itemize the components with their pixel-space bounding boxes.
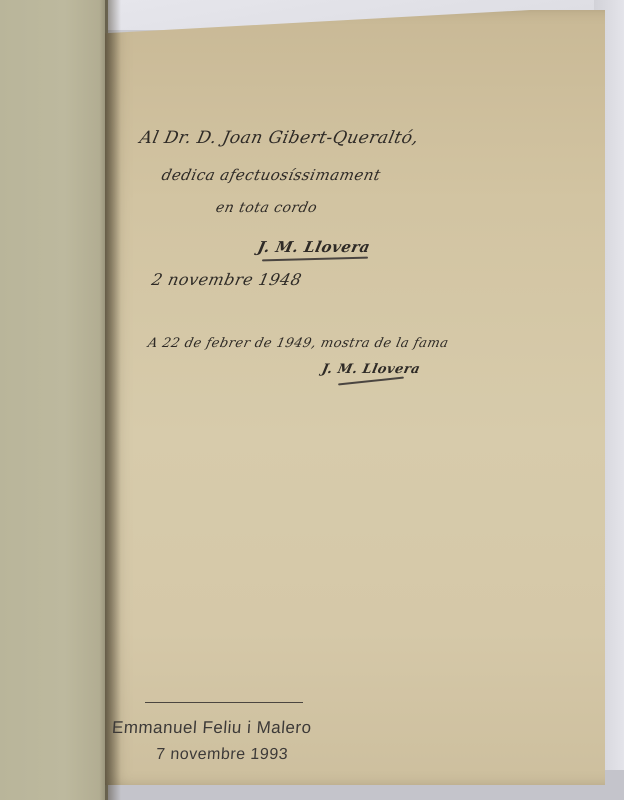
dedication-date: 2 novembre 1948 [150, 270, 304, 289]
dedication-line-2: dedica afectuosíssimament [160, 166, 382, 184]
pencil-line-1: Emmanuel Feliu i Malero [111, 718, 312, 738]
right-page [105, 10, 605, 785]
dedication-signature: J. M. Llovera [256, 238, 372, 256]
note-text: A 22 de febrer de 1949, mostra de la fam… [146, 336, 450, 351]
note-signature: J. M. Llovera [320, 362, 421, 377]
pencil-rule [145, 702, 303, 703]
book-gutter [105, 0, 121, 800]
dedication-line-3: en tota cordo [214, 200, 318, 216]
dedication-line-1: Al Dr. D. Joan Gibert-Queraltó, [138, 128, 421, 148]
pencil-line-2: 7 novembre 1993 [155, 746, 288, 764]
left-page [0, 0, 108, 800]
